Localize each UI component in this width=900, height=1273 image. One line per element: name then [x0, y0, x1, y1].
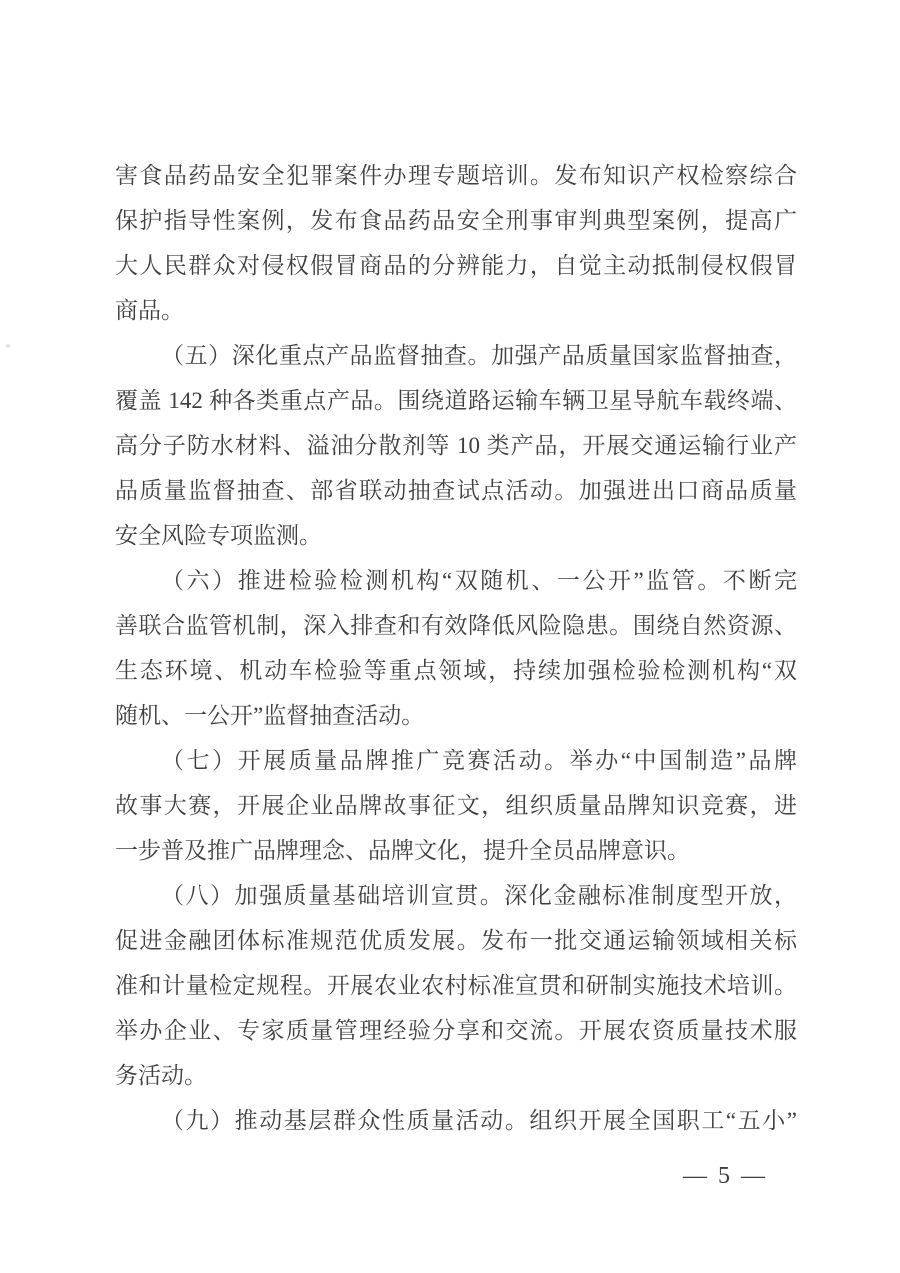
- text-line: 善联合监管机制，深入排查和有效降低风险隐患。围绕自然资源、: [115, 603, 797, 648]
- text-line: 务活动。: [115, 1053, 797, 1098]
- document-page: 害食品药品安全犯罪案件办理专题培训。发布知识产权检察综合保护指导性案例，发布食品…: [0, 0, 900, 1273]
- text-line: 覆盖 142 种各类重点产品。围绕道路运输车辆卫星导航车载终端、: [115, 378, 797, 423]
- text-line: 举办企业、专家质量管理经验分享和交流。开展农资质量技术服: [115, 1008, 797, 1053]
- text-line: 生态环境、机动车检验等重点领域，持续加强检验检测机构“双: [115, 648, 797, 693]
- text-line: （九）推动基层群众性质量活动。组织开展全国职工“五小”: [115, 1098, 797, 1143]
- text-line: （五）深化重点产品监督抽查。加强产品质量国家监督抽查，: [115, 333, 797, 378]
- document-body: 害食品药品安全犯罪案件办理专题培训。发布知识产权检察综合保护指导性案例，发布食品…: [115, 153, 797, 1143]
- text-line: 随机、一公开”监督抽查活动。: [115, 693, 797, 738]
- page-number: — 5 —: [683, 1154, 765, 1199]
- text-line: 安全风险专项监测。: [115, 513, 797, 558]
- text-line: 大人民群众对侵权假冒商品的分辨能力，自觉主动抵制侵权假冒: [115, 243, 797, 288]
- text-line: 品质量监督抽查、部省联动抽查试点活动。加强进出口商品质量: [115, 468, 797, 513]
- text-line: 一步普及推广品牌理念、品牌文化，提升全员品牌意识。: [115, 828, 797, 873]
- scan-speck: [6, 344, 10, 348]
- text-line: 准和计量检定规程。开展农业农村标准宣贯和研制实施技术培训。: [115, 963, 797, 1008]
- text-line: （六）推进检验检测机构“双随机、一公开”监管。不断完: [115, 558, 797, 603]
- scan-speck: [115, 407, 118, 410]
- text-line: 商品。: [115, 288, 797, 333]
- text-line: 故事大赛，开展企业品牌故事征文，组织质量品牌知识竞赛，进: [115, 783, 797, 828]
- text-line: 高分子防水材料、溢油分散剂等 10 类产品，开展交通运输行业产: [115, 423, 797, 468]
- text-line: 害食品药品安全犯罪案件办理专题培训。发布知识产权检察综合: [115, 153, 797, 198]
- text-line: （七）开展质量品牌推广竞赛活动。举办“中国制造”品牌: [115, 738, 797, 783]
- text-line: 促进金融团体标准规范优质发展。发布一批交通运输领域相关标: [115, 918, 797, 963]
- text-line: （八）加强质量基础培训宣贯。深化金融标准制度型开放，: [115, 873, 797, 918]
- text-line: 保护指导性案例，发布食品药品安全刑事审判典型案例，提高广: [115, 198, 797, 243]
